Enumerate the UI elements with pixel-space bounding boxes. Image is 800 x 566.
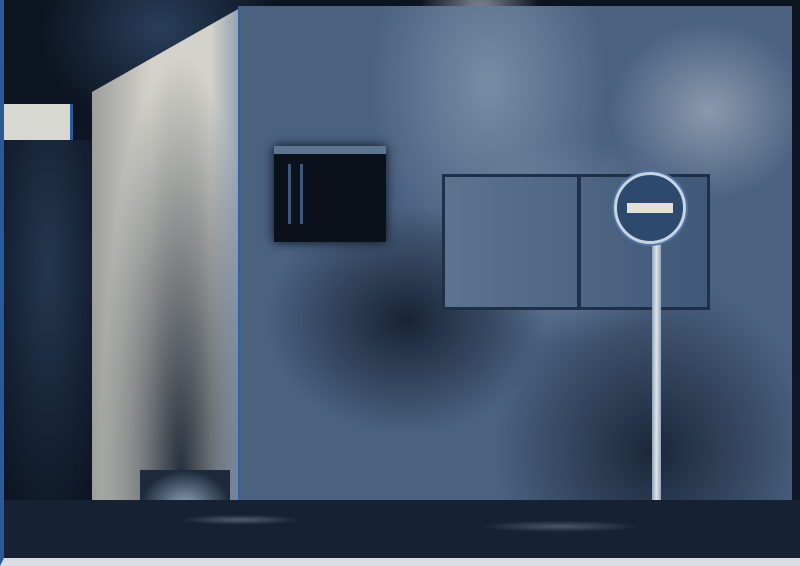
window-bar: [300, 164, 303, 224]
photograph: [0, 0, 800, 566]
distant-wall: [0, 104, 73, 140]
small-window: [274, 146, 386, 242]
building-side-wall: [92, 8, 240, 528]
sign-bar: [627, 203, 673, 213]
ground: [0, 500, 800, 566]
window-mullion: [577, 177, 581, 307]
no-entry-sign-icon: [614, 172, 686, 244]
window-bar: [288, 164, 291, 224]
